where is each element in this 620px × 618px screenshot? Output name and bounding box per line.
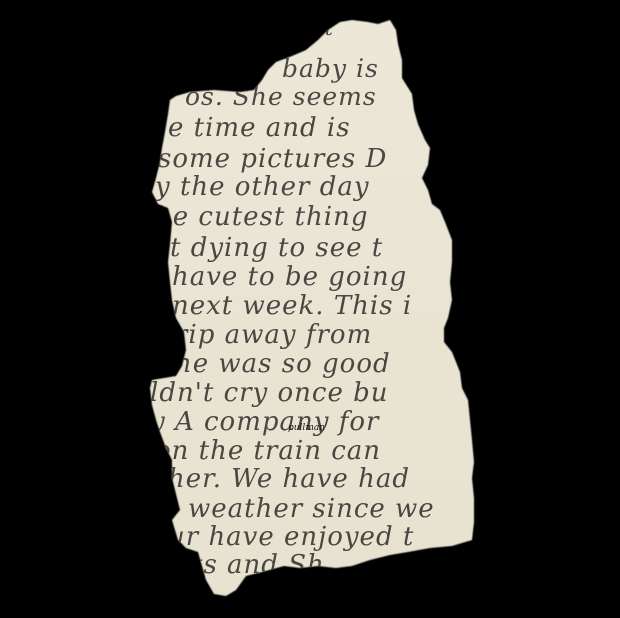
handwritten-line: he was so good bbox=[175, 349, 391, 379]
handwritten-line: have to be going bbox=[172, 262, 407, 292]
handwritten-line: ur have enjoyed t bbox=[168, 522, 414, 552]
photo-stage: atbaby isos. She seemse time and issome … bbox=[0, 0, 620, 618]
handwritten-line: on the train can bbox=[155, 436, 381, 466]
handwritten-line: ldn't cry once bu bbox=[150, 378, 389, 408]
pullman-annotation: pullman bbox=[288, 423, 325, 433]
handwritten-line: t dying to see t bbox=[170, 233, 383, 263]
handwritten-line: rip away from bbox=[175, 320, 372, 350]
handwritten-line: weather since we bbox=[188, 494, 435, 524]
handwritten-line: baby is bbox=[282, 54, 379, 83]
handwritten-line: some pictures D bbox=[158, 144, 387, 174]
handwritten-line: e time and is bbox=[168, 113, 351, 143]
handwritten-line: next week. This i bbox=[172, 291, 412, 321]
handwritten-line: he cutest thing bbox=[155, 202, 369, 232]
handwritten-line: her. We have had bbox=[168, 464, 410, 494]
handwritten-line: y A company for bbox=[150, 407, 379, 437]
handwritten-line: y the other day bbox=[155, 172, 370, 202]
